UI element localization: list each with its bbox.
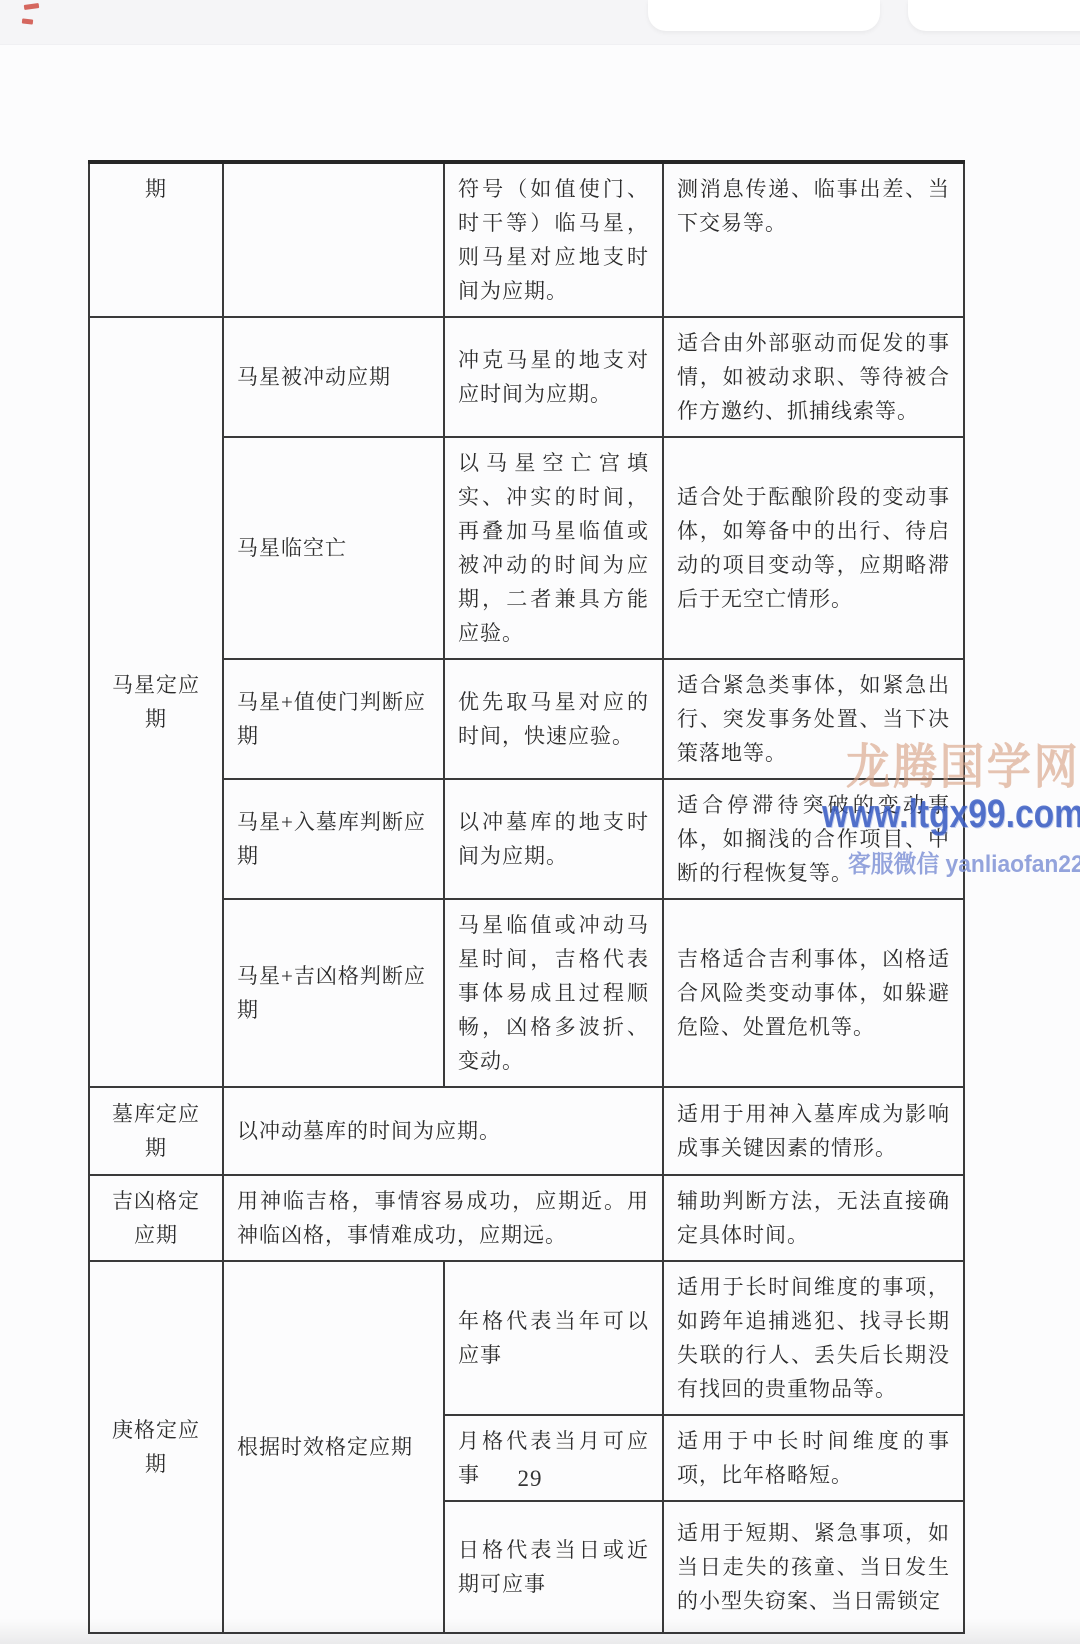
row-label-cell: 马星被冲动应期 xyxy=(223,317,444,437)
table-row: 墓库定应期 以冲动墓库的时间为应期。 适用于用神入墓库成为影响成事关键因素的情形… xyxy=(89,1087,964,1175)
app-top-strip xyxy=(0,0,1080,45)
method-cell: 符号（如值使门、时干等）临马星，则马星对应地支时间为应期。 xyxy=(444,162,663,317)
usage-cell: 适用于用神入墓库成为影响成事关键因素的情形。 xyxy=(663,1087,964,1175)
timing-methods-table: 期 符号（如值使门、时干等）临马星，则马星对应地支时间为应期。 测消息传递、临事… xyxy=(88,160,965,1634)
row-label-cell: 马星临空亡 xyxy=(223,437,444,659)
table-row: 期 符号（如值使门、时干等）临马星，则马星对应地支时间为应期。 测消息传递、临事… xyxy=(89,162,964,317)
row-header-cell: 马星定应期 xyxy=(89,317,223,1087)
row-label-cell: 根据时效格定应期 xyxy=(223,1261,444,1633)
usage-cell: 适合紧急类事体，如紧急出行、突发事务处置、当下决策落地等。 xyxy=(663,659,964,779)
method-cell: 马星临值或冲动马星时间，吉格代表事体易成且过程顺畅，凶格多波折、变动。 xyxy=(444,899,663,1087)
method-cell: 年格代表当年可以应事 xyxy=(444,1261,663,1415)
row-label-cell xyxy=(223,162,444,317)
table-row: 吉凶格定应期 用神临吉格，事情容易成功，应期近。用神临凶格，事情难成功，应期远。… xyxy=(89,1175,964,1261)
page-number: 29 xyxy=(0,1466,1060,1492)
red-annotation-marks-icon xyxy=(22,3,48,37)
bottom-edge-shadow xyxy=(0,1618,1080,1644)
row-label-cell: 马星+吉凶格判断应期 xyxy=(223,899,444,1087)
row-header-cell: 期 xyxy=(89,162,223,317)
card-corner-left xyxy=(648,0,880,31)
usage-cell: 适用于长时间维度的事项，如跨年追捕逃犯、找寻长期失联的行人、丢失后长期没有找回的… xyxy=(663,1261,964,1415)
table-row: 马星定应期 马星被冲动应期 冲克马星的地支对应时间为应期。 适合由外部驱动而促发… xyxy=(89,317,964,437)
row-header-cell: 庚格定应期 xyxy=(89,1261,223,1633)
method-cell: 冲克马星的地支对应时间为应期。 xyxy=(444,317,663,437)
scanned-document-page: 期 符号（如值使门、时干等）临马星，则马星对应地支时间为应期。 测消息传递、临事… xyxy=(0,0,1080,1644)
usage-cell: 测消息传递、临事出差、当下交易等。 xyxy=(663,162,964,317)
method-cell: 日格代表当日或近期可应事 xyxy=(444,1501,663,1633)
method-cell: 用神临吉格，事情容易成功，应期近。用神临凶格，事情难成功，应期远。 xyxy=(223,1175,663,1261)
table-row: 庚格定应期 根据时效格定应期 年格代表当年可以应事 适用于长时间维度的事项，如跨… xyxy=(89,1261,964,1415)
usage-cell: 吉格适合吉利事体，凶格适合风险类变动事体，如躲避危险、处置危机等。 xyxy=(663,899,964,1087)
row-label-cell: 马星+入墓库判断应期 xyxy=(223,779,444,899)
usage-cell: 辅助判断方法，无法直接确定具体时间。 xyxy=(663,1175,964,1261)
row-label-cell: 马星+值使门判断应期 xyxy=(223,659,444,779)
usage-cell: 适合由外部驱动而促发的事情，如被动求职、等待被合作方邀约、抓捕线索等。 xyxy=(663,317,964,437)
method-cell: 以冲墓库的地支时间为应期。 xyxy=(444,779,663,899)
usage-cell: 适合处于酝酿阶段的变动事体，如筹备中的出行、待启动的项目变动等，应期略滞后于无空… xyxy=(663,437,964,659)
card-corner-right xyxy=(908,0,1080,31)
row-header-cell: 吉凶格定应期 xyxy=(89,1175,223,1261)
row-header-cell: 墓库定应期 xyxy=(89,1087,223,1175)
method-cell: 以马星空亡宫填实、冲实的时间，再叠加马星临值或被冲动的时间为应期，二者兼具方能应… xyxy=(444,437,663,659)
method-cell: 优先取马星对应的时间，快速应验。 xyxy=(444,659,663,779)
usage-cell: 适用于短期、紧急事项，如当日走失的孩童、当日发生的小型失窃案、当日需锁定 xyxy=(663,1501,964,1633)
usage-cell: 适合停滞待突破的变动事体，如搁浅的合作项目、中断的行程恢复等。 xyxy=(663,779,964,899)
method-cell: 以冲动墓库的时间为应期。 xyxy=(223,1087,663,1175)
